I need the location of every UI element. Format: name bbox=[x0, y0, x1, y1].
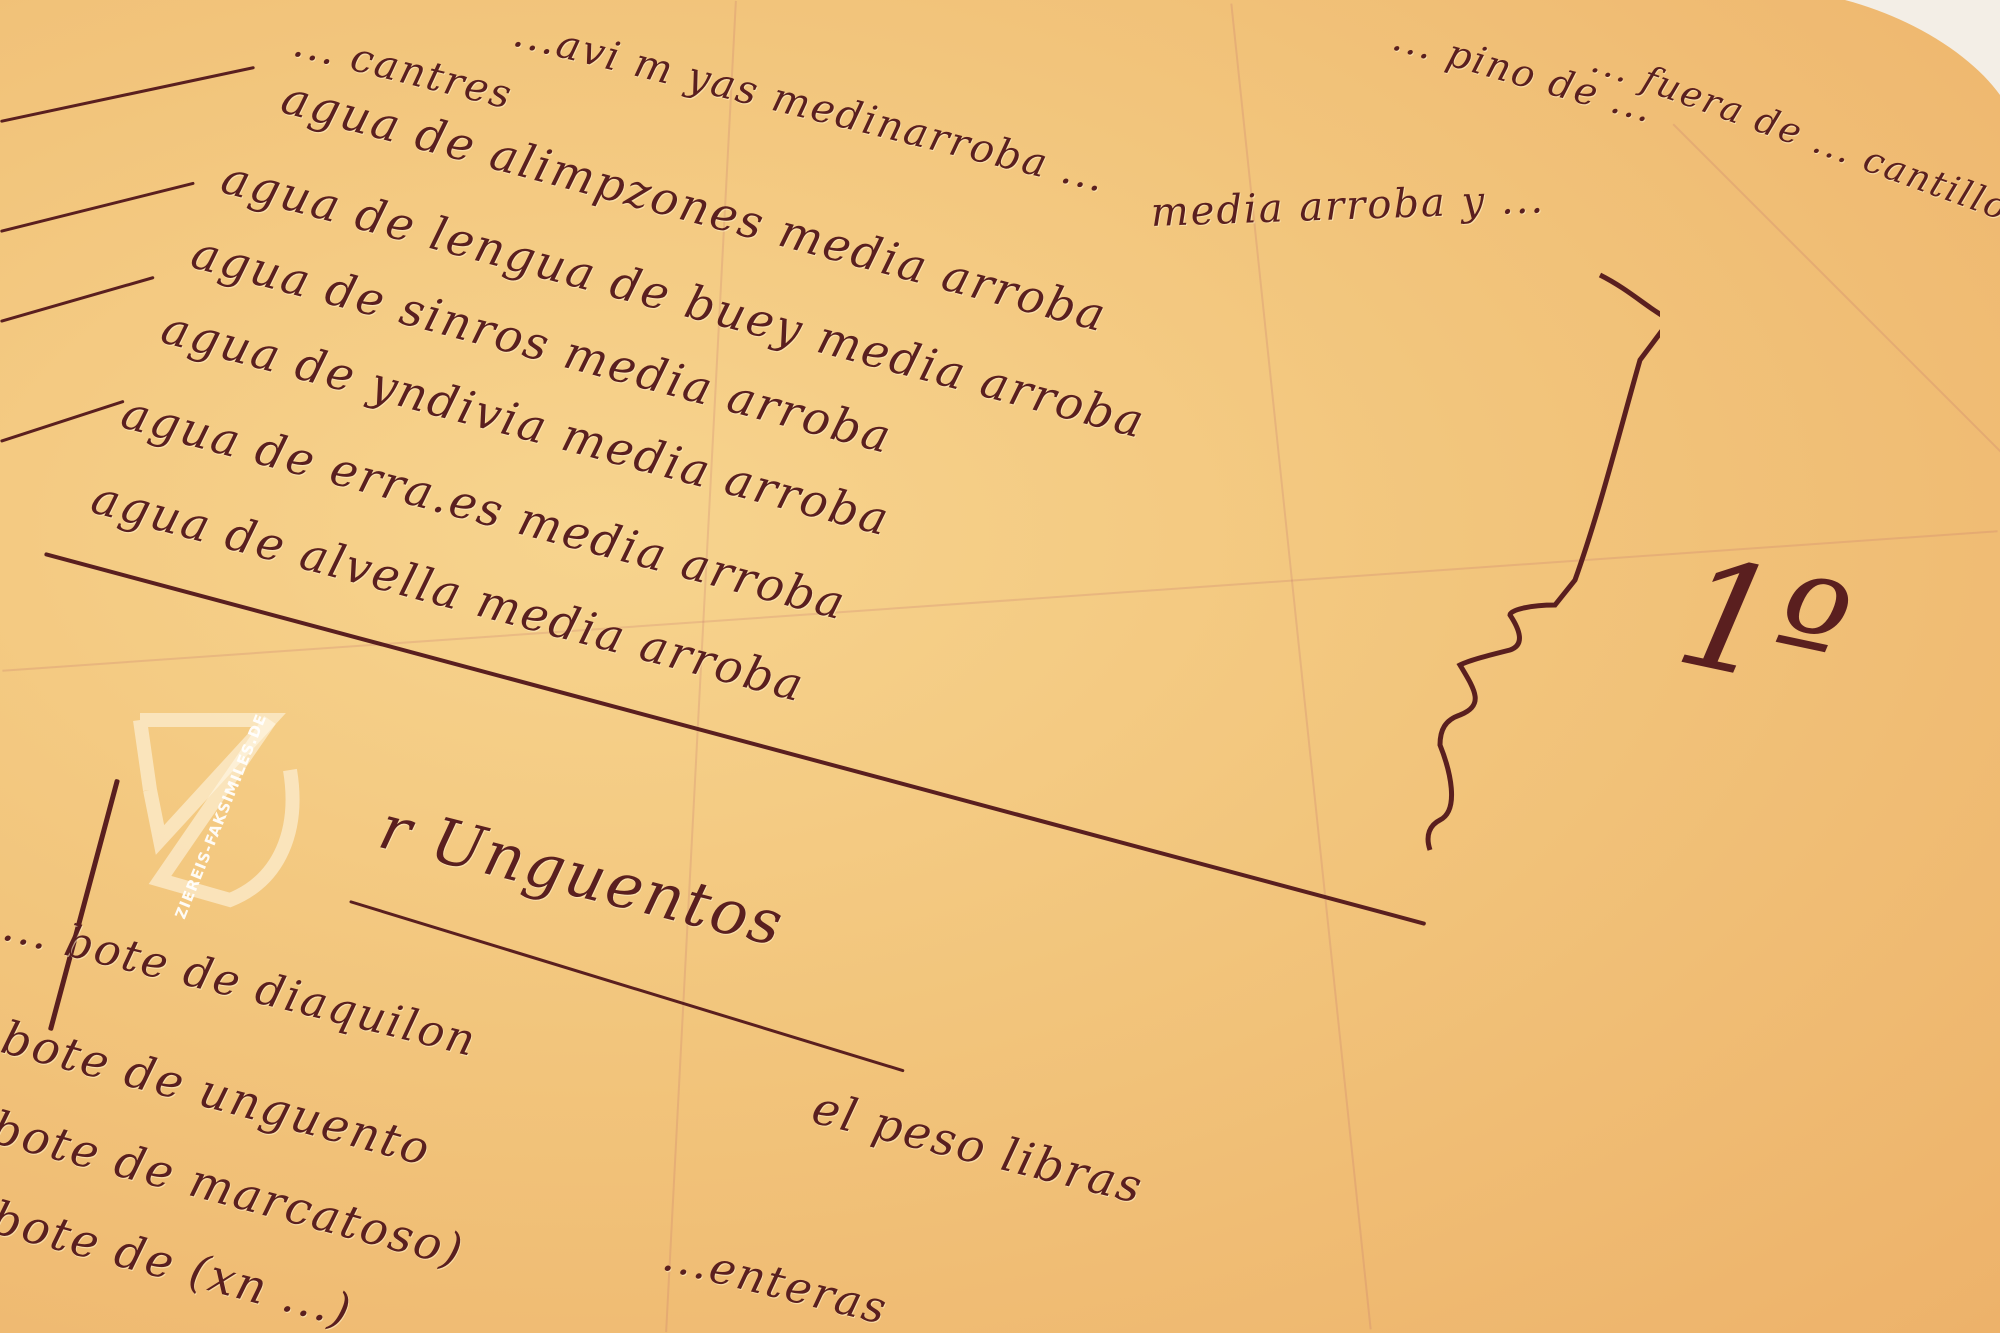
bracket-note: 1º bbox=[1664, 525, 1863, 730]
margin-stroke bbox=[0, 182, 195, 233]
section-heading: r Unguentos bbox=[372, 790, 791, 961]
annotation-line: ...enteras bbox=[658, 1230, 893, 1333]
left-margin-stroke bbox=[48, 779, 120, 1031]
annotation-line: ... fuera de ... cantillo y ... bbox=[1586, 40, 2000, 260]
margin-stroke bbox=[0, 276, 155, 323]
margin-stroke bbox=[0, 400, 125, 443]
annotation-line: el peso libras bbox=[807, 1080, 1149, 1214]
bracket-stroke bbox=[1400, 250, 1660, 950]
annotation-line: media arroba y ... bbox=[1150, 176, 1546, 236]
manuscript-page: ...avi m yas medinarroba ... ... cantres… bbox=[0, 0, 2000, 1333]
margin-stroke bbox=[0, 66, 255, 123]
